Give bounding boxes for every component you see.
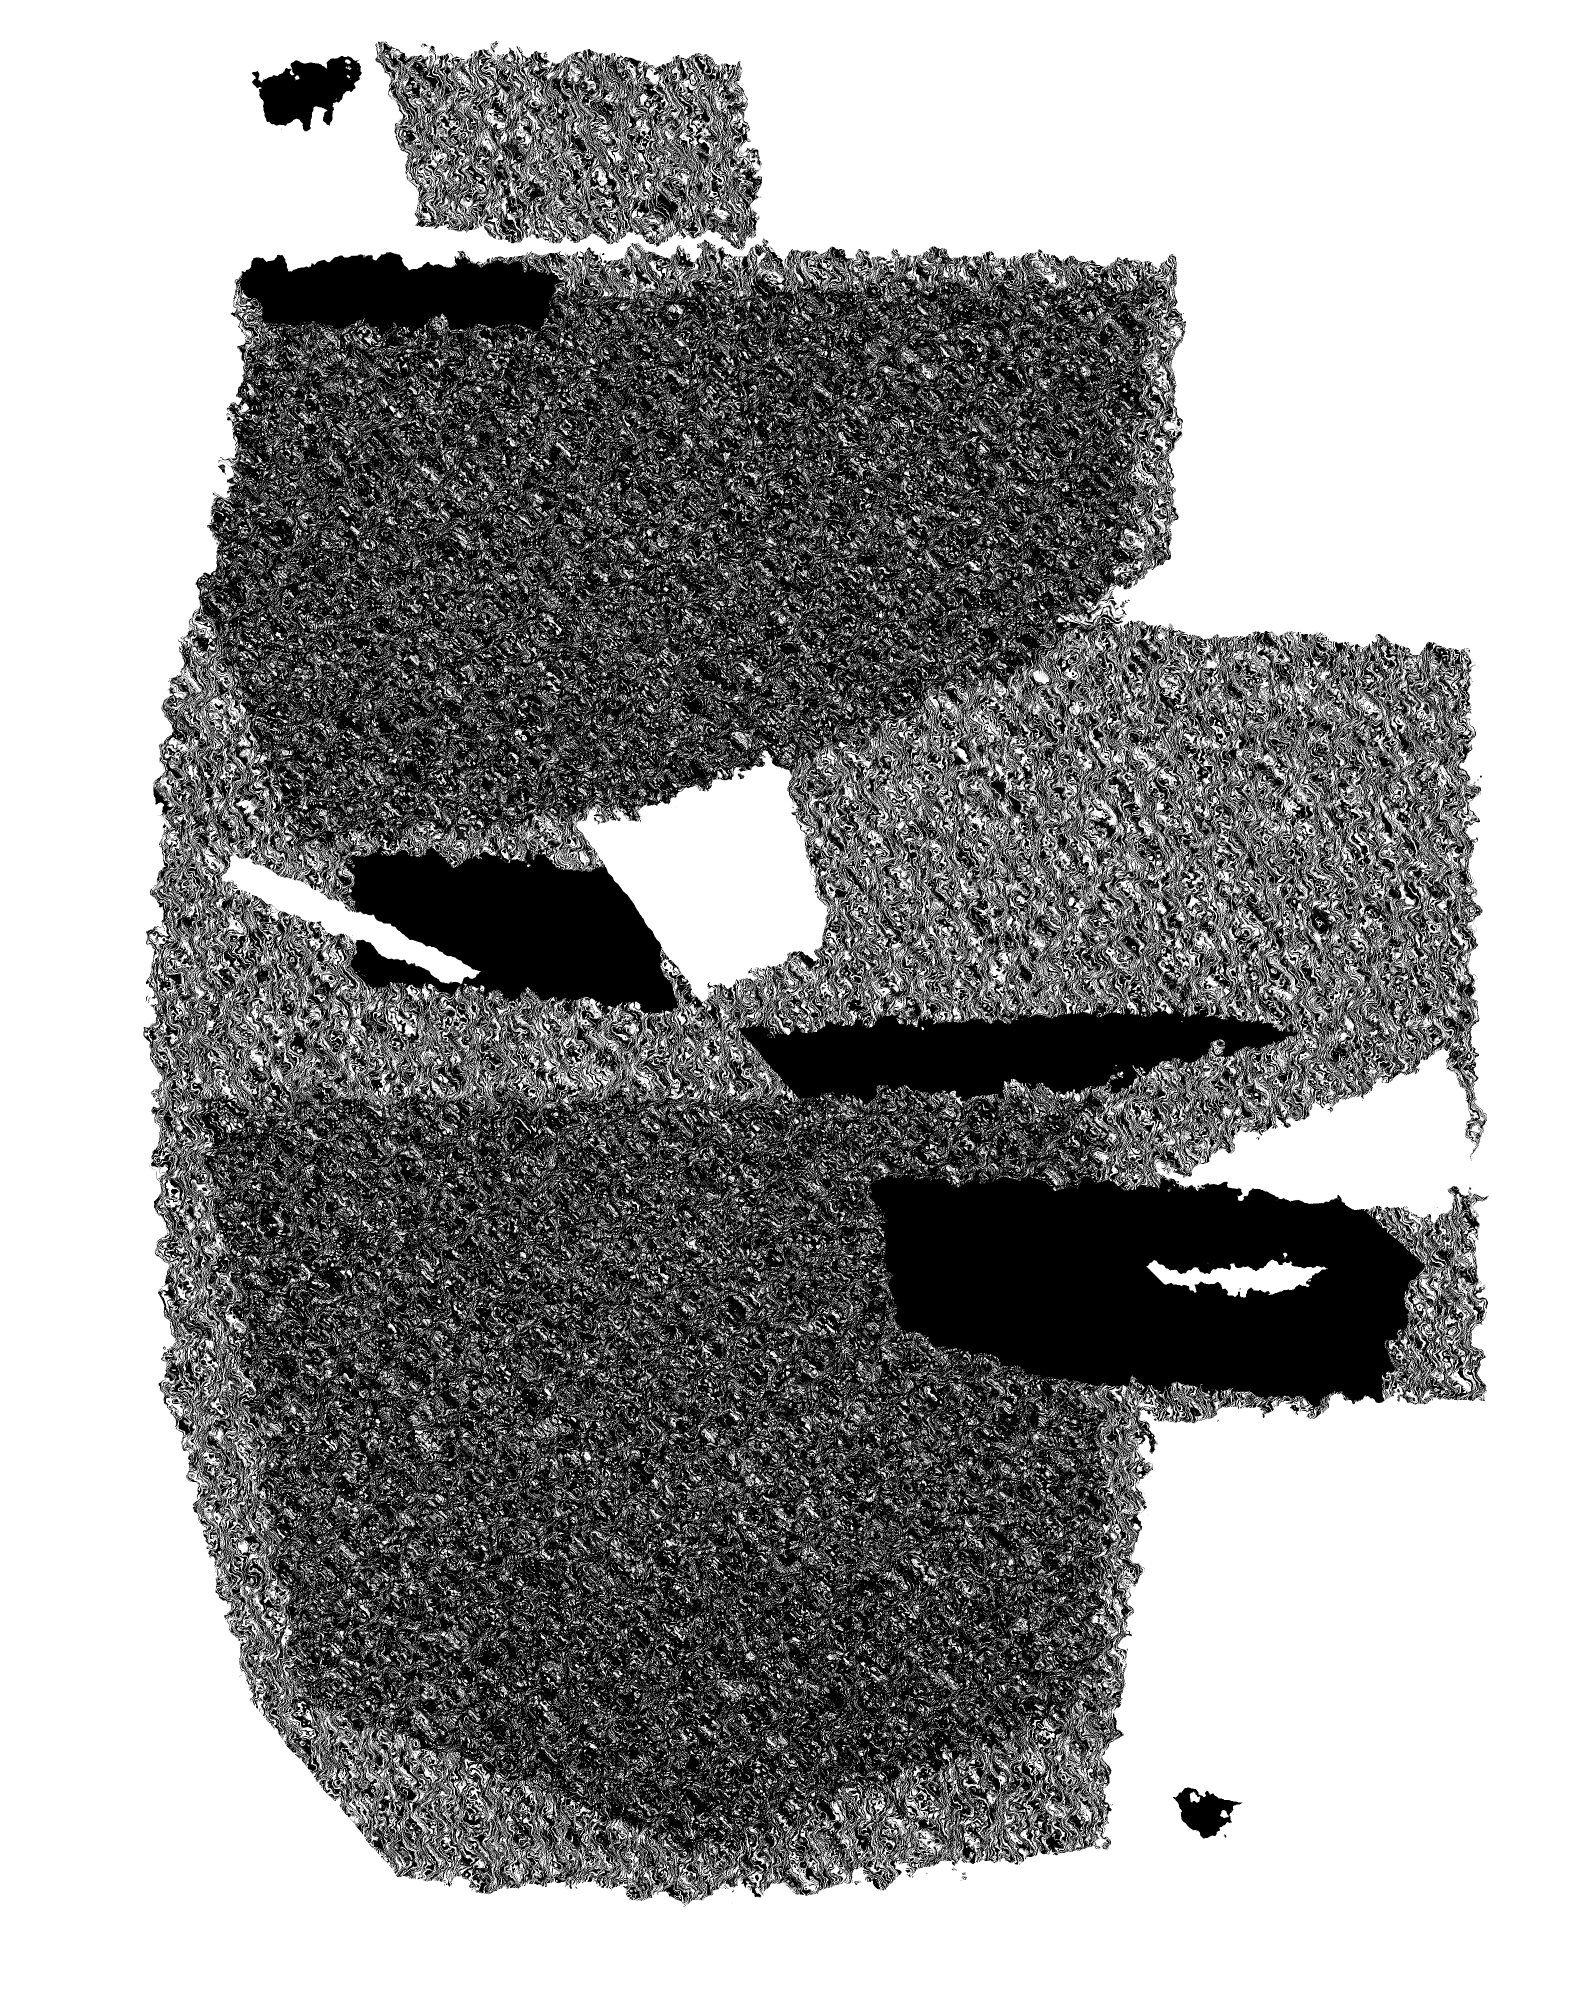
artwork-canvas: abstract monoprint ink texture xyxy=(0,0,1583,2000)
ink-texture xyxy=(0,0,1583,2000)
